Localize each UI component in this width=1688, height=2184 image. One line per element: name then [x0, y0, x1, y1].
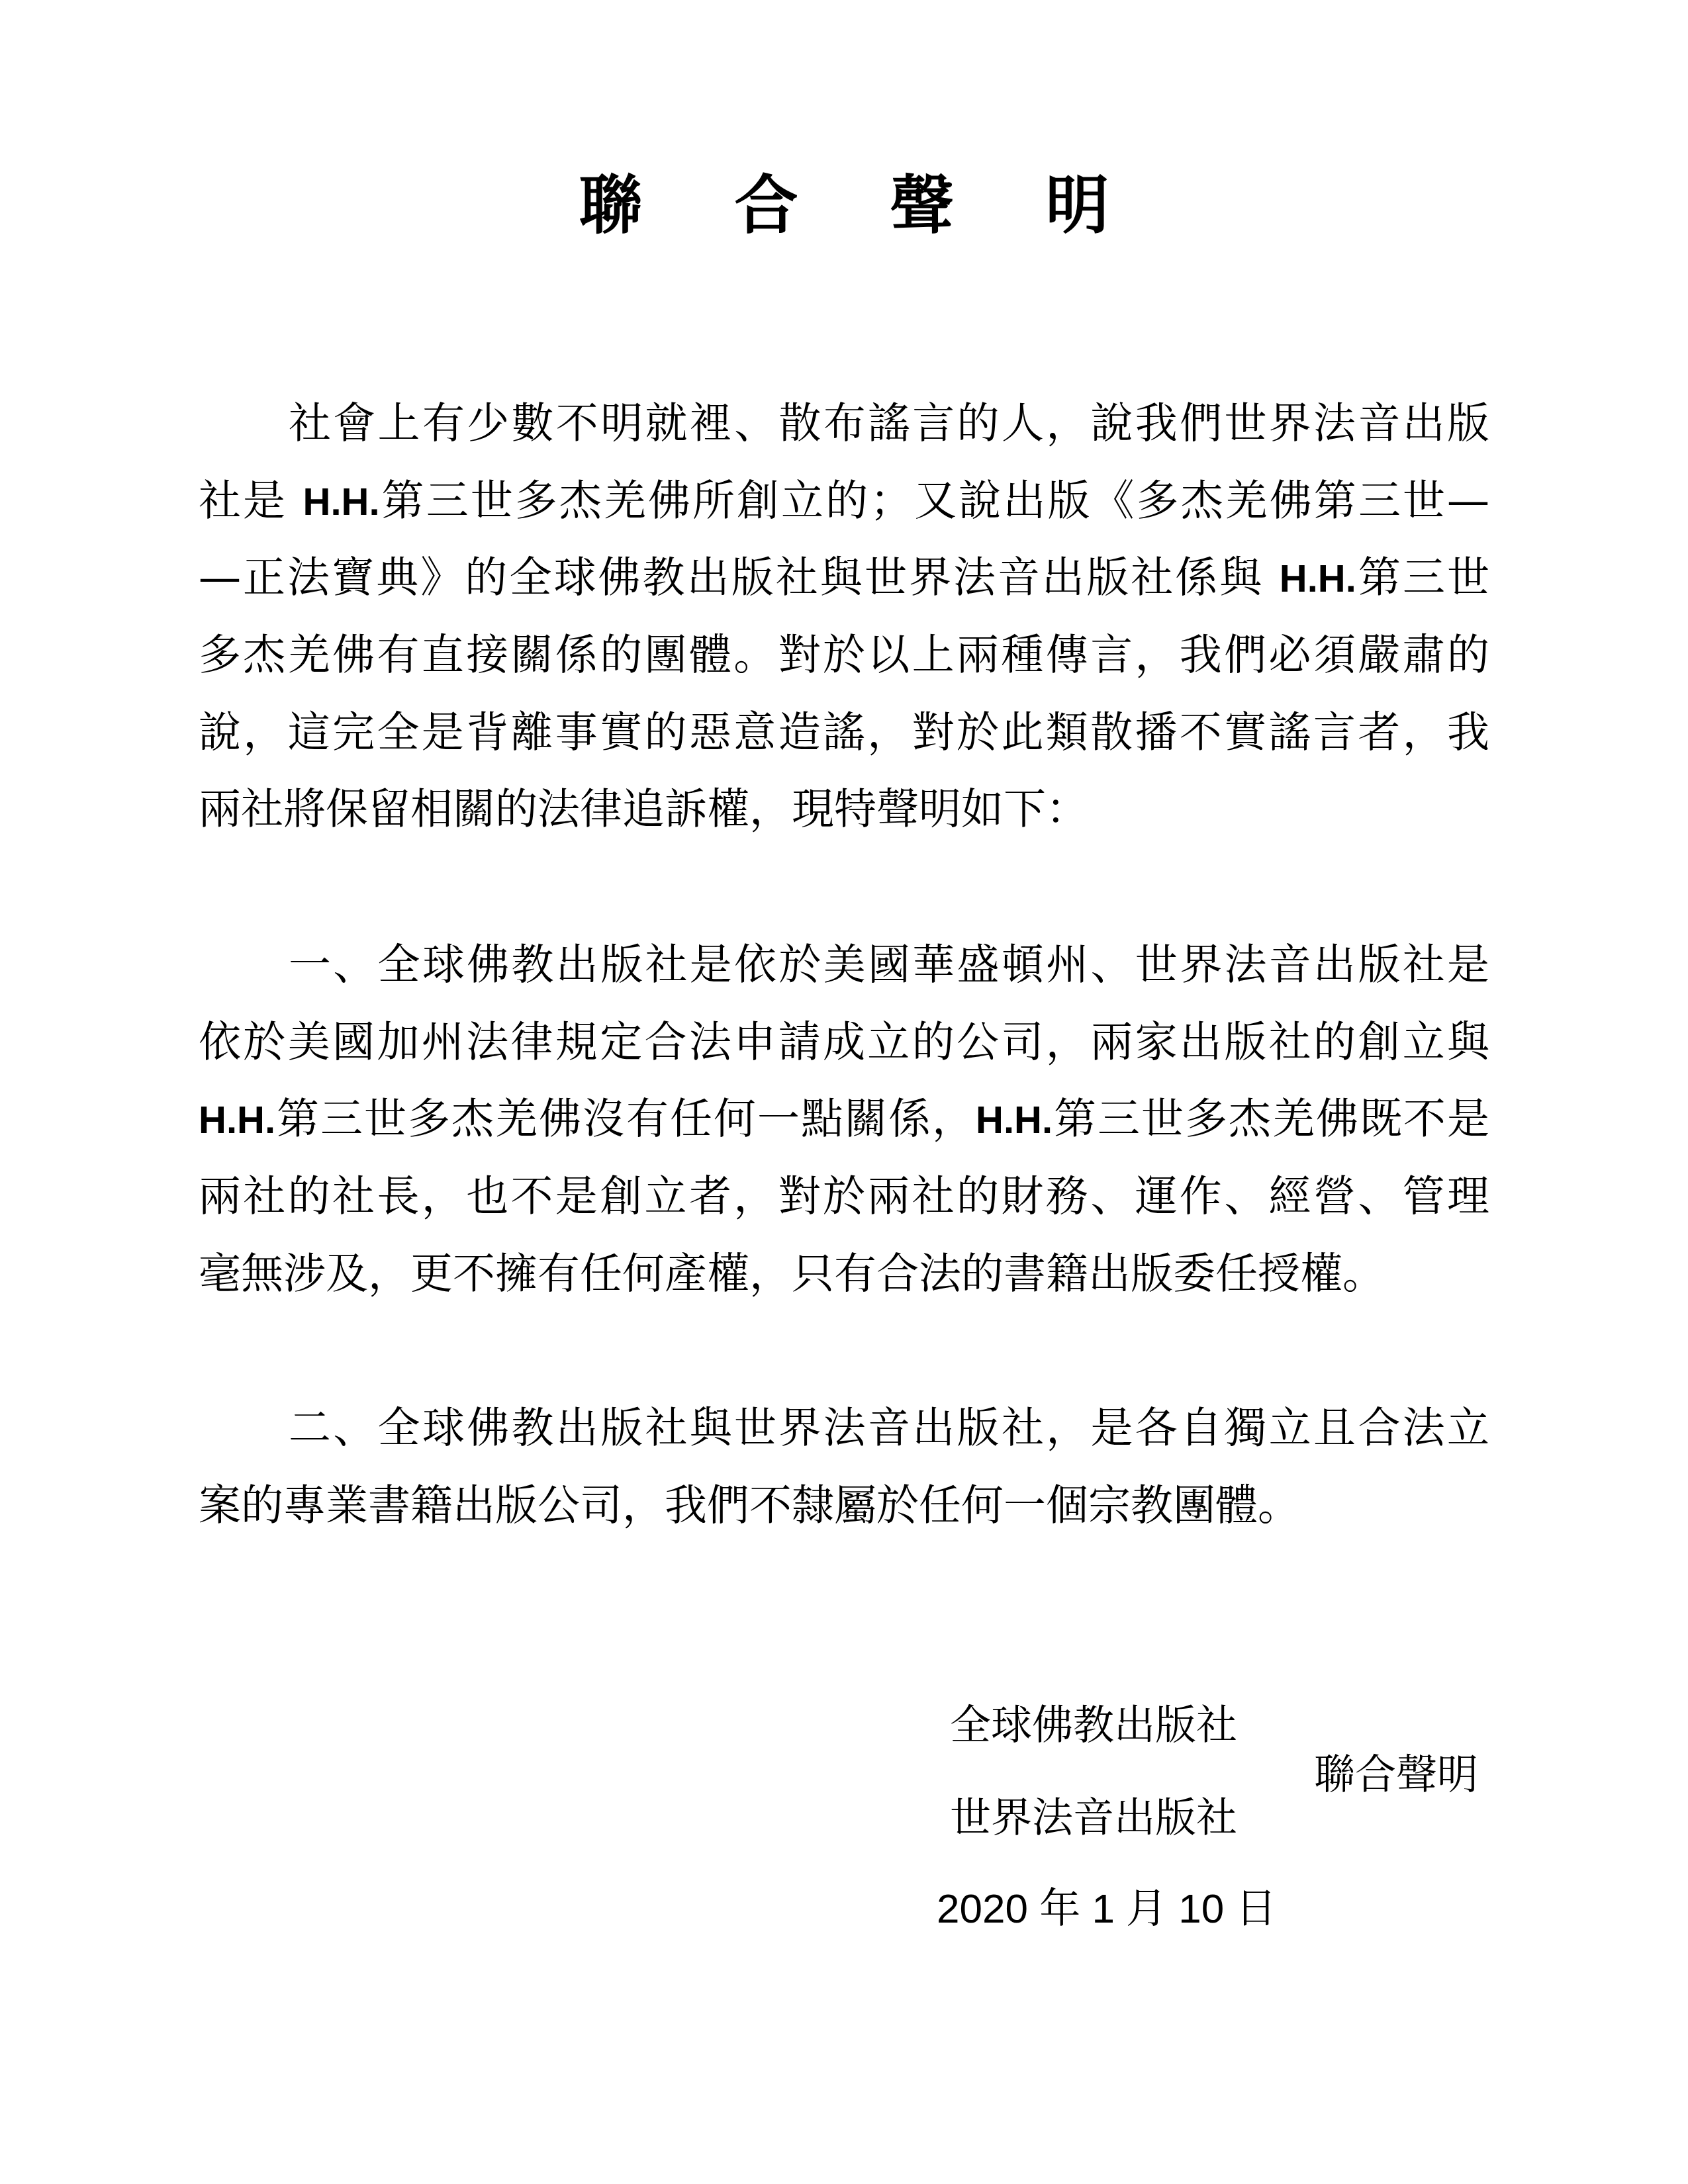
- paragraph-line: H.H.第三世多杰羌佛沒有任何一點關係，H.H.第三世多杰羌佛既不是: [199, 1081, 1489, 1158]
- signature-organization-world-dharma-voice-publishing: 世界法音出版社: [950, 1788, 1237, 1848]
- paragraph-line: 兩社的社長，也不是創立者，對於兩社的財務、運作、經營、管理: [199, 1158, 1489, 1236]
- signature-organization-global-buddhist-publishing: 全球佛教出版社: [950, 1696, 1237, 1755]
- paragraph-intro: 社會上有少數不明就裡、散布謠言的人，說我們世界法音出版 社是 H.H.第三世多杰…: [199, 385, 1489, 848]
- paragraph-line: 多杰羌佛有直接關係的團體。對於以上兩種傳言，我們必須嚴肅的: [199, 617, 1489, 694]
- paragraph-line: 毫無涉及，更不擁有任何產權，只有合法的書籍出版委任授權。: [199, 1236, 1489, 1313]
- paragraph-line: —正法寶典》的全球佛教出版社與世界法音出版社係與 H.H.第三世: [199, 539, 1489, 617]
- honorific-hh: H.H.: [303, 480, 380, 523]
- paragraph-line: 一、全球佛教出版社是依於美國華盛頓州、世界法音出版社是: [199, 927, 1489, 1004]
- paragraph-point-2: 二、全球佛教出版社與世界法音出版社，是各自獨立且合法立 案的專業書籍出版公司，我…: [199, 1390, 1489, 1544]
- paragraph-line: 社是 H.H.第三世多杰羌佛所創立的；又說出版《多杰羌佛第三世—: [199, 463, 1489, 540]
- paragraph-line: 案的專業書籍出版公司，我們不隸屬於任何一個宗教團體。: [199, 1467, 1489, 1545]
- honorific-hh: H.H.: [976, 1099, 1053, 1142]
- paragraph-line: 二、全球佛教出版社與世界法音出版社，是各自獨立且合法立: [199, 1390, 1489, 1467]
- signature-joint-statement-label: 聯合聲明: [1314, 1745, 1478, 1805]
- honorific-hh: H.H.: [1280, 557, 1356, 600]
- signature-date: 2020 年 1 月 10 日: [937, 1880, 1277, 1939]
- paragraph-line: 說，這完全是背離事實的惡意造謠，對於此類散播不實謠言者，我: [199, 694, 1489, 772]
- paragraph-point-1: 一、全球佛教出版社是依於美國華盛頓州、世界法音出版社是 依於美國加州法律規定合法…: [199, 927, 1489, 1312]
- document-page: 聯 合 聲 明 社會上有少數不明就裡、散布謠言的人，說我們世界法音出版 社是 H…: [0, 0, 1688, 2184]
- honorific-hh: H.H.: [199, 1099, 275, 1142]
- paragraph-line: 兩社將保留相關的法律追訴權，現特聲明如下：: [199, 771, 1489, 848]
- paragraph-line: 依於美國加州法律規定合法申請成立的公司，兩家出版社的創立與: [199, 1004, 1489, 1081]
- document-title: 聯 合 聲 明: [0, 159, 1688, 251]
- paragraph-line: 社會上有少數不明就裡、散布謠言的人，說我們世界法音出版: [199, 385, 1489, 463]
